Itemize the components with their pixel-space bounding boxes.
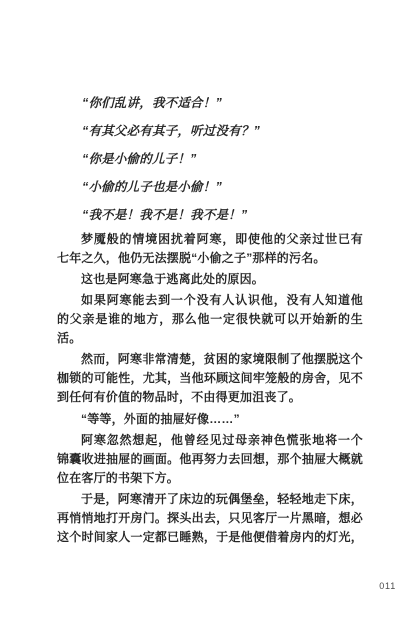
dialogue-paragraph: “有其父必有其子，听过没有？” — [57, 118, 363, 144]
text-line: 这个时间家人一定都已睡熟，于是他便借着房内的灯光， — [57, 528, 363, 547]
dialogue-paragraph: “等等，外面的抽屉好像……” — [57, 409, 363, 429]
text-line: 位在客厅的书架下方。 — [57, 469, 363, 488]
text-line: 于是，阿寒清开了床边的玩偶堡垒，轻轻地走下床， — [57, 490, 363, 509]
text-line: 如果阿寒能去到一个没有人认识他，没有人知道他 — [57, 291, 363, 310]
text-line: 梦魇般的情境困扰着阿寒，即使他的父亲过世已有 — [57, 230, 363, 249]
body-paragraph: 如果阿寒能去到一个没有人认识他，没有人知道他的父亲是谁的地方，那么他一定很快就可… — [57, 291, 363, 348]
text-line: 这也是阿寒急于逃离此处的原因。 — [57, 270, 363, 289]
text-line: 到任何有价值的物品时，不由得更加沮丧了。 — [57, 388, 363, 407]
page-text-block: “你们乱讲，我不适合！”“有其父必有其子，听过没有？”“你是小偷的儿子！”“小偷… — [57, 0, 363, 547]
text-line: 然而，阿寒非常清楚，贫困的家境限制了他摆脱这个 — [57, 350, 363, 369]
dialogue-paragraph: “你们乱讲，我不适合！” — [57, 90, 363, 116]
text-line: 阿寒忽然想起，他曾经见过母亲神色慌张地将一个 — [57, 431, 363, 450]
dialogue-paragraph: “我不是！我不是！我不是！” — [57, 202, 363, 228]
text-line: 枷锁的可能性，尤其，当他环顾这间牢笼般的房舍，见不 — [57, 369, 363, 388]
body-paragraph: 然而，阿寒非常清楚，贫困的家境限制了他摆脱这个枷锁的可能性，尤其，当他环顾这间牢… — [57, 350, 363, 407]
body-paragraph: 阿寒忽然想起，他曾经见过母亲神色慌张地将一个锦囊收进抽屉的画面。他再努力去回想，… — [57, 431, 363, 488]
body-paragraph: 梦魇般的情境困扰着阿寒，即使他的父亲过世已有七年之久，他仍无法摆脱“小偷之子”那… — [57, 230, 363, 268]
text-line: 再悄悄地打开房门。探头出去，只见客厅一片黑暗，想必 — [57, 509, 363, 528]
text-line: “你们乱讲，我不适合！” — [57, 90, 363, 116]
body-paragraph: 这也是阿寒急于逃离此处的原因。 — [57, 270, 363, 289]
dialogue-paragraph: “小偷的儿子也是小偷！” — [57, 174, 363, 200]
text-line: “你是小偷的儿子！” — [57, 146, 363, 172]
body-paragraph: 于是，阿寒清开了床边的玩偶堡垒，轻轻地走下床，再悄悄地打开房门。探头出去，只见客… — [57, 490, 363, 547]
text-line: “有其父必有其子，听过没有？” — [57, 118, 363, 144]
book-page: “你们乱讲，我不适合！”“有其父必有其子，听过没有？”“你是小偷的儿子！”“小偷… — [0, 0, 420, 630]
text-line: “等等，外面的抽屉好像……” — [57, 409, 363, 429]
dialogue-paragraph: “你是小偷的儿子！” — [57, 146, 363, 172]
page-number: 011 — [379, 581, 396, 592]
text-line: 的父亲是谁的地方，那么他一定很快就可以开始新的生 — [57, 310, 363, 329]
text-line: “小偷的儿子也是小偷！” — [57, 174, 363, 200]
text-line: 七年之久，他仍无法摆脱“小偷之子”那样的污名。 — [57, 249, 363, 268]
text-line: “我不是！我不是！我不是！” — [57, 202, 363, 228]
text-line: 活。 — [57, 329, 363, 348]
text-line: 锦囊收进抽屉的画面。他再努力去回想，那个抽屉大概就 — [57, 450, 363, 469]
